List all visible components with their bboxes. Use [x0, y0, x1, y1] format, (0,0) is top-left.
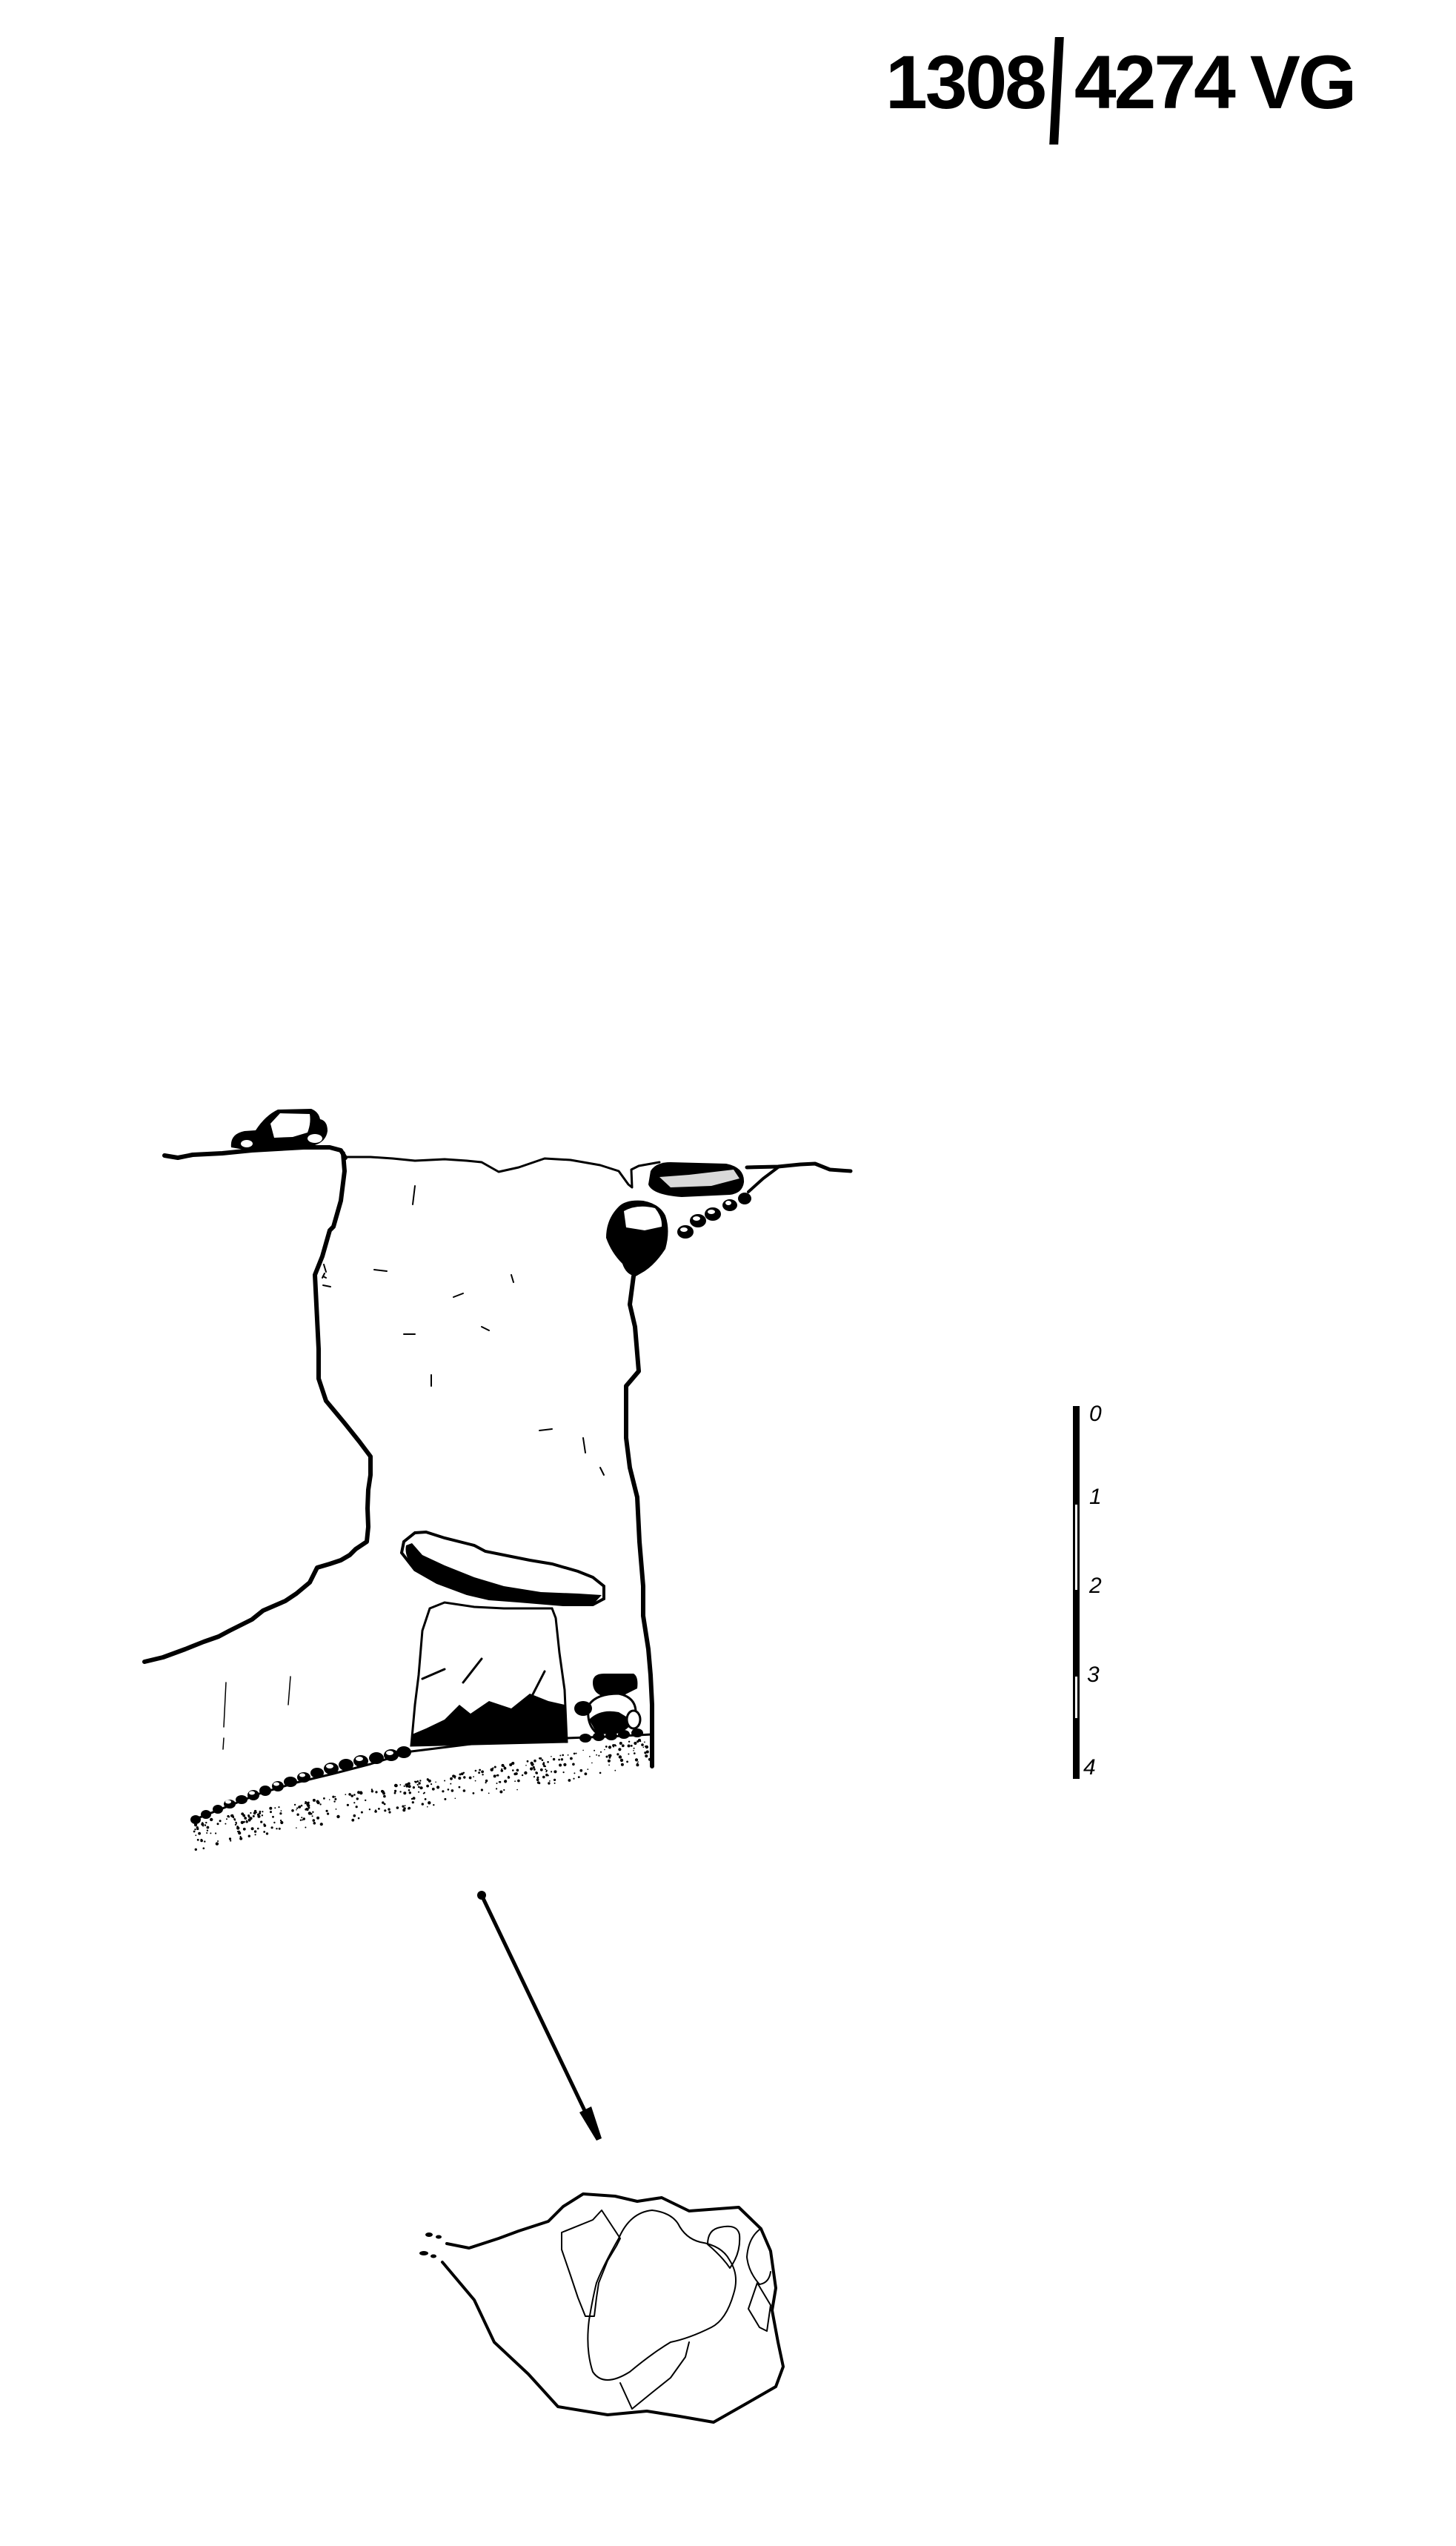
- scale-bar: [1073, 1406, 1080, 1779]
- pebble-highlight: [308, 1134, 322, 1143]
- plan-stone-right-lower: [748, 2283, 771, 2331]
- slope-line-right: [748, 1167, 778, 1192]
- plan-stone-right-upper: [708, 2227, 739, 2268]
- pit-wall-right: [626, 1276, 652, 1766]
- fill-hatching: [322, 1186, 604, 1475]
- plan-stone-left: [562, 2210, 620, 2316]
- scale-label-4: 4: [1083, 1757, 1096, 1779]
- pebble-row-upper: [677, 1193, 751, 1239]
- ground-line-right: [747, 1164, 851, 1171]
- pit-wall-left: [144, 1153, 370, 1662]
- viewing-direction-arrow: [477, 1891, 602, 2141]
- base-ground-line: [194, 1734, 652, 1820]
- scale-bar-frame: [1073, 1406, 1080, 1779]
- scale-segment-white: [1075, 1677, 1077, 1718]
- scale-label-1: 1: [1089, 1486, 1102, 1508]
- pit-top-edge: [345, 1157, 659, 1187]
- plan-stone-right-edge: [747, 2230, 771, 2284]
- small-pebble: [627, 1711, 640, 1728]
- boulder-highlight: [624, 1207, 662, 1230]
- arrow-shaft: [482, 1895, 589, 2120]
- scale-label-2: 2: [1089, 1575, 1102, 1597]
- scale-label-0: 0: [1089, 1403, 1102, 1425]
- arrow-head: [579, 2106, 602, 2141]
- plan-stone-central: [588, 2210, 736, 2380]
- small-pebble: [574, 1701, 592, 1716]
- drawing-sheet: 1308 4274 VG: [0, 0, 1456, 2546]
- scale-segment-white: [1075, 1505, 1077, 1590]
- faint-fill-lines: [223, 1677, 290, 1749]
- elevation-section-drawing: [144, 1109, 851, 1851]
- broken-outline-marks: [419, 2232, 442, 2258]
- pebble-highlight: [241, 1140, 253, 1147]
- small-stone-top: [593, 1674, 637, 1696]
- plan-view-drawing: [419, 2194, 783, 2422]
- scale-label-3: 3: [1087, 1664, 1100, 1686]
